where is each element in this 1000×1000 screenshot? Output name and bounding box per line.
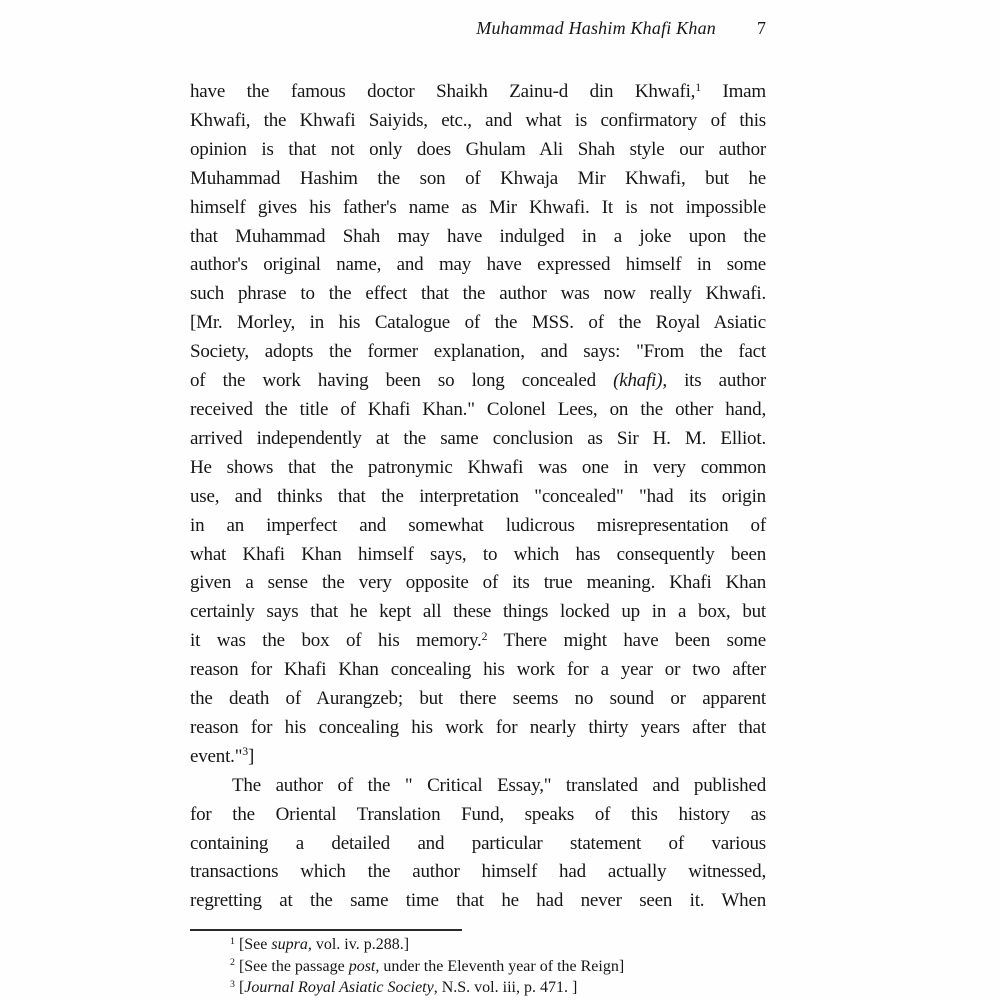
body-line: himself gives his father's name as Mir K… [190, 194, 766, 223]
body-line: The author of the " Critical Essay," tra… [190, 772, 766, 801]
body-line: Muhammad Hashim the son of Khwaja Mir Kh… [190, 165, 766, 194]
footnote-separator-rule [190, 929, 462, 931]
body-line: transactions which the author himself ha… [190, 858, 766, 887]
body-line: in an imperfect and somewhat ludicrous m… [190, 512, 766, 541]
page-number: 7 [757, 18, 766, 39]
body-line: Society, adopts the former explanation, … [190, 338, 766, 367]
body-line: the death of Aurangzeb; but there seems … [190, 685, 766, 714]
body-line: of the work having been so long conceale… [190, 367, 766, 396]
body-line: arrived independently at the same conclu… [190, 425, 766, 454]
body-line: opinion is that not only does Ghulam Ali… [190, 136, 766, 165]
footnote: 3 [Journal Royal Asiatic Society, N.S. v… [190, 977, 790, 999]
body-line: given a sense the very opposite of its t… [190, 569, 766, 598]
running-title: Muhammad Hashim Khafi Khan [476, 18, 716, 39]
footnotes-block: 1 [See supra, vol. iv. p.288.]2 [See the… [190, 934, 790, 999]
body-line: author's original name, and may have exp… [190, 251, 766, 280]
body-line: have the famous doctor Shaikh Zainu-d di… [190, 78, 766, 107]
body-line: regretting at the same time that he had … [190, 887, 766, 916]
body-line: Khwafi, the Khwafi Saiyids, etc., and wh… [190, 107, 766, 136]
body-line: for the Oriental Translation Fund, speak… [190, 801, 766, 830]
body-line: that Muhammad Shah may have indulged in … [190, 223, 766, 252]
footnote: 2 [See the passage post, under the Eleve… [190, 956, 790, 978]
body-line: use, and thinks that the interpretation … [190, 483, 766, 512]
footnote: 1 [See supra, vol. iv. p.288.] [190, 934, 790, 956]
scanned-book-page: Muhammad Hashim Khafi Khan 7 have the fa… [0, 0, 1000, 1000]
body-line: reason for Khafi Khan concealing his wor… [190, 656, 766, 685]
body-line: He shows that the patronymic Khwafi was … [190, 454, 766, 483]
page-header: Muhammad Hashim Khafi Khan 7 [0, 18, 766, 39]
body-line: containing a detailed and particular sta… [190, 830, 766, 859]
body-line: what Khafi Khan himself says, to which h… [190, 541, 766, 570]
body-line: such phrase to the effect that the autho… [190, 280, 766, 309]
body-line: reason for his concealing his work for n… [190, 714, 766, 743]
body-line: received the title of Khafi Khan." Colon… [190, 396, 766, 425]
body-line: [Mr. Morley, in his Catalogue of the MSS… [190, 309, 766, 338]
body-line: certainly says that he kept all these th… [190, 598, 766, 627]
body-text: have the famous doctor Shaikh Zainu-d di… [190, 78, 766, 916]
body-line: event."3] [190, 743, 766, 772]
body-line: it was the box of his memory.2 There mig… [190, 627, 766, 656]
